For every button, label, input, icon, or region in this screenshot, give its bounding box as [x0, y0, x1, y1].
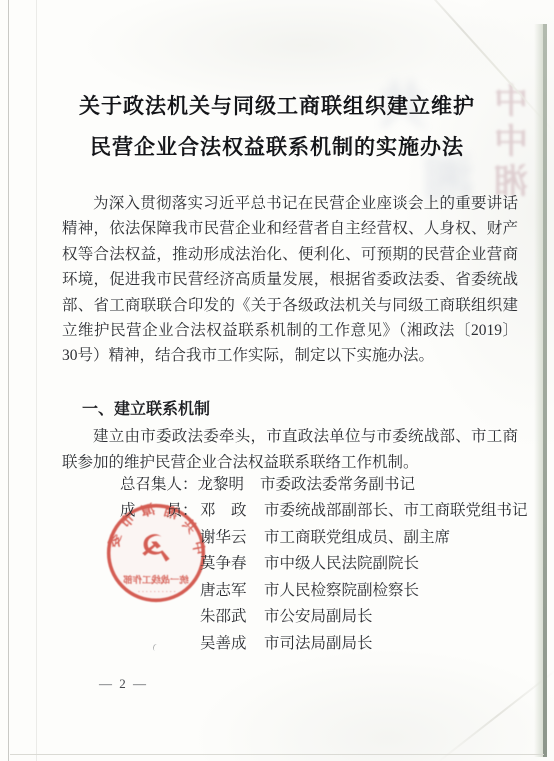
- convener-line: 总召集人：龙黎明市委政法委常务副书记: [120, 472, 415, 494]
- scan-edge-line: [543, 24, 547, 757]
- convener-label: 总召集人：: [120, 476, 198, 493]
- members-list: 成 员： 邓 政 市委统战部副部长、市工商联党组书记 谢华云 市工商联党组成员、…: [120, 498, 528, 658]
- document-title: 关于政法机关与同级工商联组织建立维护 民营企业合法权益联系机制的实施办法: [0, 86, 554, 168]
- paragraph-intro: 为深入贯彻落实习近平总书记在民营企业座谈会上的重要讲话精神，依法保障我市民营企业…: [62, 191, 518, 369]
- member-row: 吴善成 市司法局副局长: [120, 631, 528, 658]
- member-name: 莫争春: [200, 551, 248, 573]
- member-name: 吴善成: [200, 631, 248, 653]
- title-line-2: 民营企业合法权益联系机制的实施办法: [0, 127, 554, 168]
- member-name: 唐志军: [200, 578, 248, 600]
- scanned-document-page: 中 中 湘 共 湘 中共湘潭市委 ☭ 统一战线工作部 ·········· 关于…: [0, 0, 554, 761]
- members-label: 成 员：: [120, 498, 200, 520]
- scan-edge-line: [8, 0, 9, 761]
- member-name: 朱邵武: [200, 604, 248, 626]
- member-title: 市中级人民法院副院长: [264, 551, 419, 573]
- member-title: 市司法局副局长: [264, 631, 373, 653]
- member-title: 市公安局副局长: [264, 604, 373, 626]
- member-row: 朱邵武 市公安局副局长: [120, 604, 528, 631]
- paragraph-mechanism: 建立由市委政法委牵头，市直政法单位与市委统战部、市工商联参加的维护民营企业合法权…: [62, 424, 518, 476]
- convener-title: 市委政法委常务副书记: [260, 476, 415, 493]
- member-title: 市工商联党组成员、副主席: [264, 525, 450, 547]
- page-number: — 2 —: [99, 676, 148, 692]
- member-row: 成 员： 邓 政 市委统战部副部长、市工商联党组书记: [120, 498, 528, 525]
- scan-edge-shade: [534, 24, 543, 757]
- member-title: 市委统战部副部长、市工商联党组书记: [264, 498, 528, 520]
- scan-edge-line: [36, 0, 37, 761]
- title-line-1: 关于政法机关与同级工商联组织建立维护: [0, 86, 554, 127]
- member-row: 唐志军 市人民检察院副检察长: [120, 578, 528, 605]
- section-1-heading: 一、建立联系机制: [62, 396, 518, 419]
- convener-name: 龙黎明: [198, 476, 245, 493]
- scan-edge-line: [10, 754, 544, 755]
- document-body: 关于政法机关与同级工商联组织建立维护 民营企业合法权益联系机制的实施办法 为深入…: [0, 0, 554, 761]
- member-title: 市人民检察院副检察长: [264, 578, 419, 600]
- member-row: 莫争春 市中级人民法院副院长: [120, 551, 528, 578]
- member-row: 谢华云 市工商联党组成员、副主席: [120, 525, 528, 552]
- member-name: 谢华云: [200, 525, 248, 547]
- member-name: 邓 政: [200, 498, 248, 520]
